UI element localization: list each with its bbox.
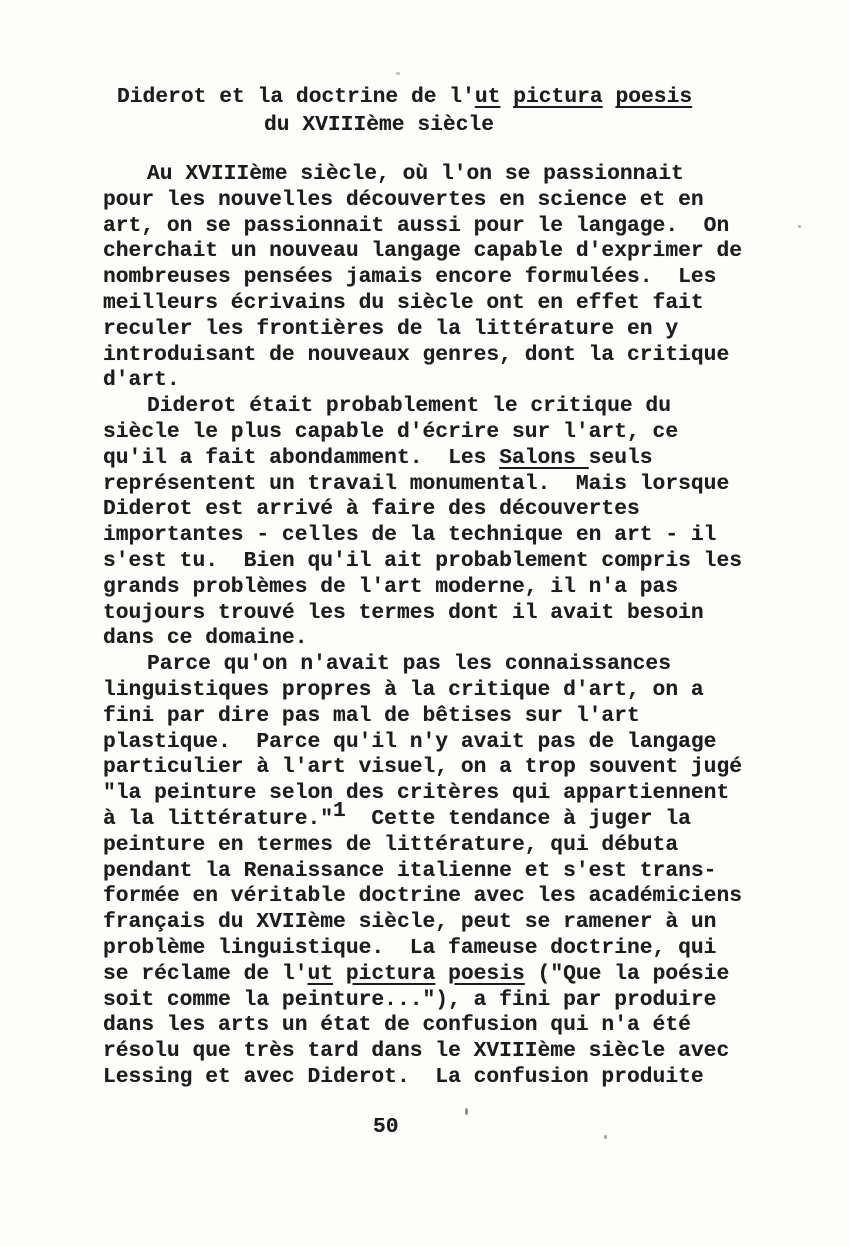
text-line: importantes - celles de la technique en …: [103, 523, 742, 549]
text-segment: Lessing et avec Diderot. La confusion pr…: [103, 1065, 704, 1089]
text-segment: reculer les frontières de la littérature…: [103, 317, 678, 341]
text-segment: introduisant de nouveaux genres, dont la…: [103, 343, 729, 367]
text-segment: toujours trouvé les termes dont il avait…: [103, 601, 704, 625]
text-line: s'est tu. Bien qu'il ait probablement co…: [103, 549, 742, 575]
text-line: nombreuses pensées jamais encore formulé…: [103, 265, 742, 291]
text-line: formée en véritable doctrine avec les ac…: [103, 884, 742, 910]
text-line: linguistiques propres à la critique d'ar…: [103, 678, 742, 704]
text-segment: problème linguistique. La fameuse doctri…: [103, 936, 716, 960]
text-segment: à la littérature.": [103, 807, 333, 831]
document-body: Au XVIIIème siècle, où l'on se passionna…: [103, 162, 742, 1091]
text-line: Diderot était probablement le critique d…: [103, 394, 742, 420]
text-line: Au XVIIIème siècle, où l'on se passionna…: [103, 162, 742, 188]
text-segment: linguistiques propres à la critique d'ar…: [103, 678, 704, 702]
text-line: art, on se passionnait aussi pour le lan…: [103, 214, 742, 240]
text-line: pour les nouvelles découvertes en scienc…: [103, 188, 742, 214]
text-line: reculer les frontières de la littérature…: [103, 317, 742, 343]
text-line: dans les arts un état de confusion qui n…: [103, 1013, 742, 1039]
text-line: plastique. Parce qu'il n'y avait pas de …: [103, 730, 742, 756]
text-line: soit comme la peinture..."), a fini par …: [103, 988, 742, 1014]
text-line: fini par dire pas mal de bêtises sur l'a…: [103, 704, 742, 730]
underlined-term: ut: [307, 962, 333, 986]
text-segment: résolu que très tard dans le XVIIIème si…: [103, 1039, 729, 1063]
text-line: dans ce domaine.: [103, 626, 742, 652]
scan-speck: [396, 72, 400, 75]
text-line: Diderot est arrivé à faire des découvert…: [103, 497, 742, 523]
document-title: Diderot et la doctrine de l'ut pictura p…: [0, 83, 850, 139]
scan-speck: [798, 225, 801, 228]
text-segment: ("Que la poésie: [525, 962, 729, 986]
text-segment: Cette tendance à juger la: [346, 807, 691, 831]
text-line: à la littérature."1 Cette tendance à jug…: [103, 807, 742, 833]
text-line: introduisant de nouveaux genres, dont la…: [103, 343, 742, 369]
text-segment: [500, 85, 513, 109]
text-segment: d'art.: [103, 368, 180, 392]
text-segment: se réclame de l': [103, 962, 307, 986]
text-segment: pour les nouvelles découvertes en scienc…: [103, 188, 704, 212]
text-segment: [333, 962, 346, 986]
text-line: pendant la Renaissance italienne et s'es…: [103, 859, 742, 885]
text-segment: Au XVIIIème siècle, où l'on se passionna…: [147, 162, 684, 186]
text-segment: "la peinture selon des critères qui appa…: [103, 781, 729, 805]
text-segment: Diderot était probablement le critique d…: [147, 394, 671, 418]
text-line: d'art.: [103, 368, 742, 394]
underlined-term: pictura: [513, 85, 602, 109]
text-segment: peinture en termes de littérature, qui d…: [103, 833, 678, 857]
text-segment: cherchait un nouveau langage capable d'e…: [103, 239, 742, 263]
page-number: 50: [373, 1114, 399, 1140]
text-segment: seuls: [589, 446, 653, 470]
text-line: qu'il a fait abondamment. Les Salons seu…: [103, 446, 742, 472]
text-line: cherchait un nouveau langage capable d'e…: [103, 239, 742, 265]
text-segment: plastique. Parce qu'il n'y avait pas de …: [103, 730, 716, 754]
text-line: français du XVIIème siècle, peut se rame…: [103, 910, 742, 936]
text-segment: [603, 85, 616, 109]
text-line: particulier à l'art visuel, on a trop so…: [103, 755, 742, 781]
text-segment: grands problèmes de l'art moderne, il n'…: [103, 575, 678, 599]
paragraph-2: Diderot était probablement le critique d…: [103, 394, 742, 652]
footnote-reference: 1: [333, 799, 346, 823]
text-line: meilleurs écrivains du siècle ont en eff…: [103, 291, 742, 317]
text-segment: art, on se passionnait aussi pour le lan…: [103, 214, 729, 238]
text-line: se réclame de l'ut pictura poesis ("Que …: [103, 962, 742, 988]
text-line: grands problèmes de l'art moderne, il n'…: [103, 575, 742, 601]
text-line: Lessing et avec Diderot. La confusion pr…: [103, 1065, 742, 1091]
underlined-term: ut: [475, 85, 501, 109]
text-segment: particulier à l'art visuel, on a trop so…: [103, 755, 742, 779]
scan-speck: [465, 1108, 468, 1115]
text-segment: meilleurs écrivains du siècle ont en eff…: [103, 291, 704, 315]
title-line-2: du XVIIIème siècle: [0, 111, 850, 139]
text-segment: formée en véritable doctrine avec les ac…: [103, 884, 742, 908]
text-segment: fini par dire pas mal de bêtises sur l'a…: [103, 704, 640, 728]
paragraph-1: Au XVIIIème siècle, où l'on se passionna…: [103, 162, 742, 394]
title-line-1: Diderot et la doctrine de l'ut pictura p…: [0, 83, 850, 111]
underlined-term: poesis: [448, 962, 525, 986]
text-segment: importantes - celles de la technique en …: [103, 523, 716, 547]
text-line: toujours trouvé les termes dont il avait…: [103, 601, 742, 627]
text-line: Parce qu'on n'avait pas les connaissance…: [103, 652, 742, 678]
text-line: résolu que très tard dans le XVIIIème si…: [103, 1039, 742, 1065]
text-segment: nombreuses pensées jamais encore formulé…: [103, 265, 716, 289]
text-segment: [435, 962, 448, 986]
text-line: "la peinture selon des critères qui appa…: [103, 781, 742, 807]
text-line: peinture en termes de littérature, qui d…: [103, 833, 742, 859]
underlined-term: Salons: [499, 446, 588, 470]
text-segment: Parce qu'on n'avait pas les connaissance…: [147, 652, 671, 676]
text-line: siècle le plus capable d'écrire sur l'ar…: [103, 420, 742, 446]
scan-speck: [604, 1135, 607, 1139]
text-segment: siècle le plus capable d'écrire sur l'ar…: [103, 420, 678, 444]
text-segment: Diderot est arrivé à faire des découvert…: [103, 497, 640, 521]
paragraph-3: Parce qu'on n'avait pas les connaissance…: [103, 652, 742, 1091]
underlined-term: pictura: [346, 962, 435, 986]
text-segment: représentent un travail monumental. Mais…: [103, 472, 729, 496]
underlined-term: poesis: [615, 85, 692, 109]
text-segment: français du XVIIème siècle, peut se rame…: [103, 910, 716, 934]
text-segment: qu'il a fait abondamment. Les: [103, 446, 499, 470]
text-segment: s'est tu. Bien qu'il ait probablement co…: [103, 549, 742, 573]
text-segment: soit comme la peinture..."), a fini par …: [103, 988, 716, 1012]
text-segment: dans ce domaine.: [103, 626, 307, 650]
text-line: problème linguistique. La fameuse doctri…: [103, 936, 742, 962]
text-line: représentent un travail monumental. Mais…: [103, 472, 742, 498]
scanned-document-page: Diderot et la doctrine de l'ut pictura p…: [0, 0, 850, 1247]
text-segment: dans les arts un état de confusion qui n…: [103, 1013, 691, 1037]
text-segment: pendant la Renaissance italienne et s'es…: [103, 859, 716, 883]
text-segment: Diderot et la doctrine de l': [117, 85, 475, 109]
